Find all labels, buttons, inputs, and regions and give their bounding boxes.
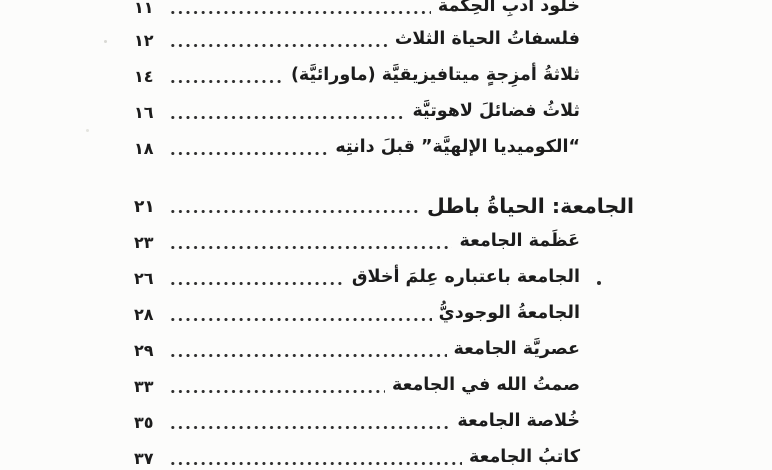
entry-title: ثلاثةُ أمزِجةٍ ميتافيزيقيَّة (ماورائيَّة… [291,67,580,85]
toc-entry-row: “الكوميديا الإلهيَّة” قبلَ دانتِه ١٨ [0,130,772,166]
entry-title: الجامعة باعتباره عِلمَ أخلاق [352,269,580,287]
scanned-toc-page: خلود أدبِ الحِكمة ١١ فلسفاتُ الحياة الثل… [0,0,772,470]
page-number: ٣٥ [134,415,162,431]
page-number: ٢٦ [134,271,162,287]
dot-leader [169,43,388,48]
page-number: ٣٣ [134,379,162,395]
page-number: ١٦ [134,105,162,121]
dot-leader [169,245,452,250]
paper-speck [86,129,89,132]
toc-entry-row: الجامعة باعتباره عِلمَ أخلاق ٢٦ [0,260,772,296]
toc-list: خلود أدبِ الحِكمة ١١ فلسفاتُ الحياة الثل… [0,0,772,470]
page-number: ١١ [134,0,162,16]
toc-entry-row: الجامعة: الحياةُ باطل ٢١ [0,188,772,224]
toc-entry-row: ثلاثُ فضائلَ لاهوتيَّة ١٦ [0,94,772,130]
toc-entry-row: صمتُ الله في الجامعة ٣٣ [0,368,772,404]
dot-leader [169,425,450,430]
toc-entry-row: عَظَمة الجامعة ٢٣ [0,224,772,260]
ink-speck [597,281,601,285]
entry-title: “الكوميديا الإلهيَّة” قبلَ دانتِه [335,139,580,157]
dot-leader [169,115,405,120]
page-number: ١٤ [134,69,162,85]
page-number: ٢١ [134,199,162,216]
dot-leader [169,10,431,15]
dot-leader [169,461,462,466]
toc-entry-row: الجامعةُ الوجوديُّ ٢٨ [0,296,772,332]
entry-title: الجامعة: الحياةُ باطل [427,196,634,217]
entry-title: صمتُ الله في الجامعة [392,377,580,395]
page-number: ٢٣ [134,235,162,251]
dot-leader [169,151,328,156]
entry-title: كاتبُ الجامعة [469,449,580,467]
dot-leader [169,353,447,358]
toc-entry-row: كاتبُ الجامعة ٣٧ [0,440,772,470]
page-number: ٣٧ [134,451,162,467]
page-number: ٢٩ [134,343,162,359]
page-number: ٢٨ [134,307,162,323]
paper-speck [104,40,107,43]
page-number: ١٢ [134,33,162,49]
toc-entry-row: فلسفاتُ الحياة الثلاث ١٢ [0,22,772,58]
toc-entry-row: خلود أدبِ الحِكمة ١١ [0,0,772,22]
entry-title: عصريَّة الجامعة [454,341,580,359]
entry-title: فلسفاتُ الحياة الثلاث [395,31,580,49]
toc-entry-row: عصريَّة الجامعة ٢٩ [0,332,772,368]
dot-leader [169,389,385,394]
entry-title: خُلاصة الجامعة [457,413,580,431]
entry-title: خلود أدبِ الحِكمة [438,0,580,16]
dot-leader [169,281,345,286]
entry-title: عَظَمة الجامعة [459,233,580,251]
page-number: ١٨ [134,141,162,157]
dot-leader [169,79,284,84]
toc-entry-row: ثلاثةُ أمزِجةٍ ميتافيزيقيَّة (ماورائيَّة… [0,58,772,94]
entry-title: ثلاثُ فضائلَ لاهوتيَّة [412,103,580,121]
toc-entry-row: خُلاصة الجامعة ٣٥ [0,404,772,440]
dot-leader [169,209,420,214]
dot-leader [169,317,432,322]
entry-title: الجامعةُ الوجوديُّ [439,305,580,323]
